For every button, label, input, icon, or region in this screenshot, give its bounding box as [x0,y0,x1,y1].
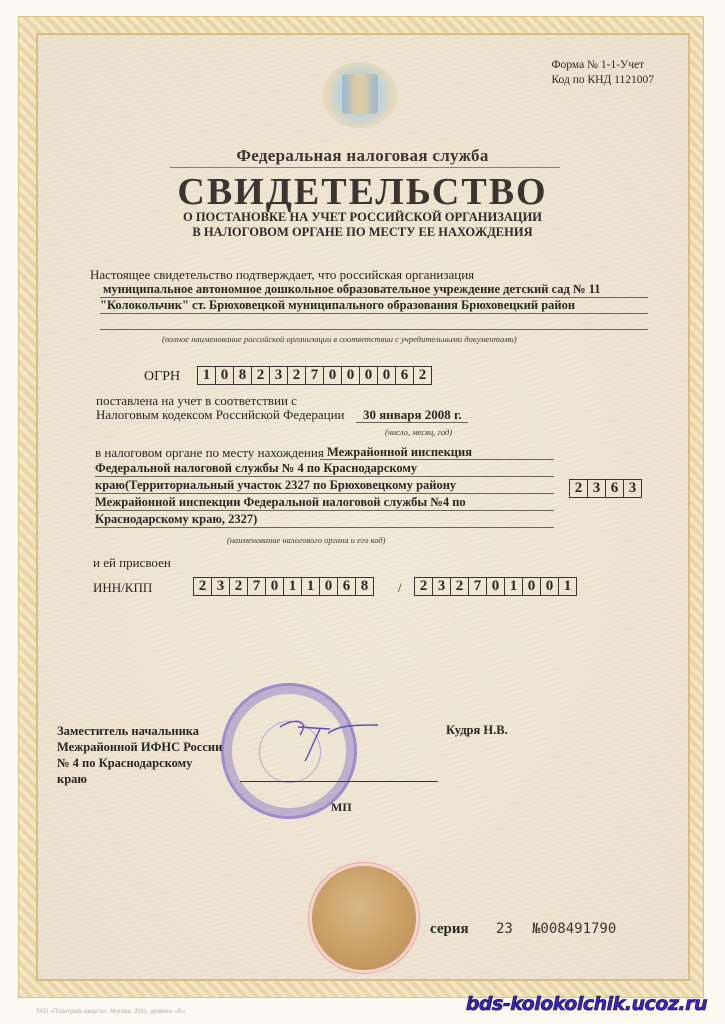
digit-cell: 6 [338,578,356,595]
inn-field: 2327011068 [193,577,374,596]
underline [100,329,648,330]
ogrn-field: 1082327000062 [197,366,432,385]
underline [95,527,554,528]
digit-cell: 7 [248,578,266,595]
underline [95,493,554,494]
digit-cell: 7 [306,367,324,384]
digit-cell: 2 [194,578,212,595]
underline [356,422,468,423]
certificate-number: №008491790 [532,921,616,937]
digit-cell: 2 [414,367,431,384]
tax-authority-code-field: 2363 [569,479,642,498]
hologram-emblem-icon [322,62,398,128]
digit-cell: 0 [378,367,396,384]
date-note: (число, месяц, год) [385,427,452,437]
document-subtitle: О ПОСТАНОВКЕ НА УЧЕТ РОССИЙСКОЙ ОРГАНИЗА… [0,210,725,240]
digit-cell: 7 [469,578,487,595]
signer-position: Заместитель начальника Межрайонной ИФНС … [57,723,222,787]
stamp-place-label: МП [331,800,352,815]
digit-cell: 0 [324,367,342,384]
digit-cell: 6 [606,480,624,497]
signature-line [240,781,438,782]
digit-cell: 3 [433,578,451,595]
digit-cell: 0 [523,578,541,595]
org-name-line-2: "Колокольчик" ст. Брюховецкой муниципаль… [100,298,575,313]
position-line-4: краю [57,771,222,787]
digit-cell: 3 [212,578,230,595]
underline [100,313,648,314]
digit-cell: 2 [252,367,270,384]
digit-cell: 8 [356,578,373,595]
tax-authority-note: (наименование налогового органа и его ко… [227,535,386,545]
digit-cell: 0 [342,367,360,384]
digit-cell: 0 [216,367,234,384]
form-info: Форма № 1-1-Учет Код по КНД 1121007 [551,58,654,88]
digit-cell: 2 [451,578,469,595]
registration-date: 30 января 2008 г. [363,407,462,423]
digit-cell: 0 [487,578,505,595]
registration-line-2: Налоговым кодексом Российской Федерации [96,407,345,423]
digit-cell: 0 [541,578,559,595]
digit-cell: 3 [588,480,606,497]
tax-authority-intro: в налоговом органе по месту нахождения [95,445,324,461]
position-line-3: № 4 по Краснодарскому [57,755,222,771]
digit-cell: 2 [288,367,306,384]
tax-authority-line-5: Краснодарскому краю, 2327) [95,512,257,527]
digit-cell: 8 [234,367,252,384]
website-watermark: bds-kolokolchik.ucoz.ru [466,993,707,1015]
inn-kpp-label: ИНН/КПП [93,580,152,596]
ogrn-label: ОГРН [144,369,180,385]
digit-cell: 1 [302,578,320,595]
org-note: (полное наименование российской организа… [162,334,517,344]
underline [320,459,554,460]
digit-cell: 1 [505,578,523,595]
agency-underline [170,167,560,168]
subtitle-line-2: В НАЛОГОВОМ ОРГАНЕ ПО МЕСТУ ЕЕ НАХОЖДЕНИ… [0,225,725,240]
signature-icon [270,715,380,765]
inn-kpp-separator: / [398,580,402,596]
digit-cell: 0 [360,367,378,384]
kpp-field: 232701001 [414,577,577,596]
digit-cell: 1 [198,367,216,384]
org-intro: Настоящее свидетельство подтверждает, чт… [90,267,474,283]
series-number: 23 [496,921,513,937]
digit-cell: 2 [230,578,248,595]
org-name-line-1: муниципальное автономное дошкольное обра… [103,282,601,297]
position-line-2: Межрайонной ИФНС России [57,739,222,755]
digit-cell: 3 [624,480,641,497]
printer-info: ЗАО «Полиграф-защита», Москва, 2011, уро… [36,1009,185,1015]
digit-cell: 1 [559,578,576,595]
tax-authority-line-4: Межрайонной инспекции Федеральной налого… [95,495,466,510]
tax-authority-line-2: Федеральной налоговой службы № 4 по Крас… [95,461,417,476]
tax-authority-line-1: Межрайонной инспекция [327,445,472,460]
underline [95,476,554,477]
digit-cell: 0 [320,578,338,595]
digit-cell: 1 [284,578,302,595]
digit-cell: 6 [396,367,414,384]
digit-cell: 3 [270,367,288,384]
digit-cell: 2 [415,578,433,595]
digit-cell: 0 [266,578,284,595]
form-number: Форма № 1-1-Учет [551,58,654,73]
subtitle-line-1: О ПОСТАНОВКЕ НА УЧЕТ РОССИЙСКОЙ ОРГАНИЗА… [0,210,725,225]
knd-code: Код по КНД 1121007 [551,73,654,88]
underline [95,510,554,511]
agency-name: Федеральная налоговая служба [0,146,725,166]
tax-authority-line-3: краю(Территориальный участок 2327 по Брю… [95,478,456,493]
signer-name: Кудря Н.В. [446,723,508,738]
digit-cell: 2 [570,480,588,497]
document-title: СВИДЕТЕЛЬСТВО [0,170,725,214]
assigned-intro: и ей присвоен [93,555,171,571]
series-label: серия [430,921,469,938]
gold-seal-icon [312,866,416,970]
position-line-1: Заместитель начальника [57,723,222,739]
